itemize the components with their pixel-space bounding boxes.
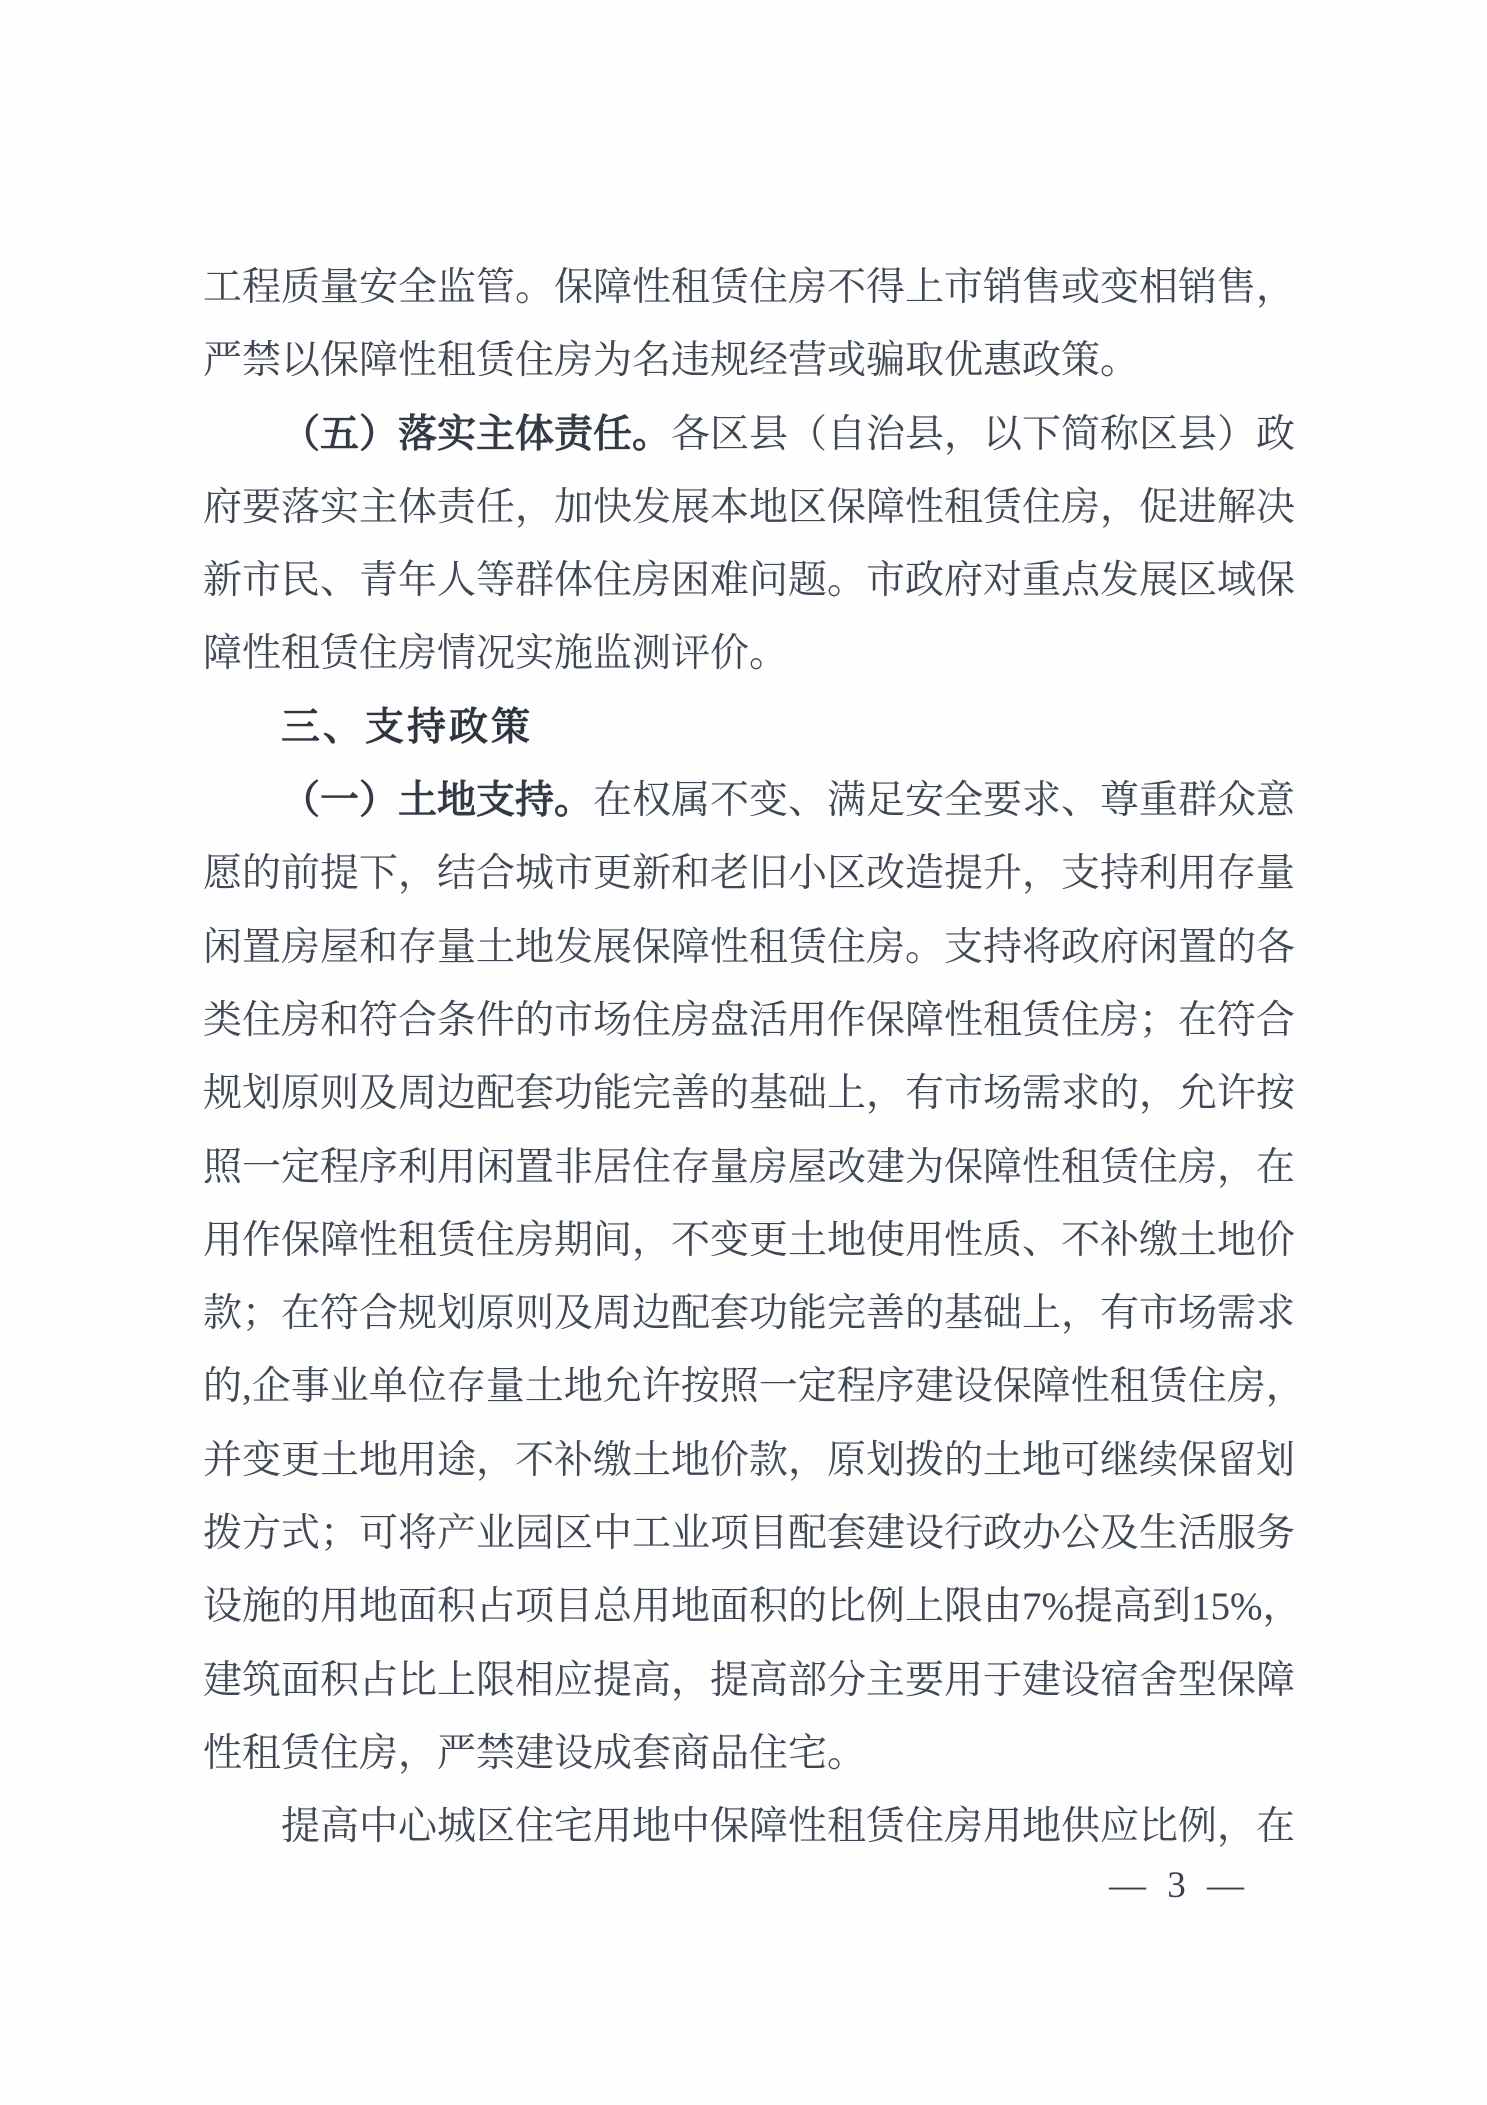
document-page: 工程质量安全监管。保障性租赁住房不得上市销售或变相销售， 严禁以保障性租赁住房为… [0, 0, 1487, 2105]
body-line: 提高中心城区住宅用地中保障性租赁住房用地供应比例，在 [203, 1790, 1303, 1863]
body-line: 严禁以保障性租赁住房为名违规经营或骗取优惠政策。 [203, 324, 1303, 397]
body-line: （五）落实主体责任。各区县（自治县，以下简称区县）政 [203, 398, 1303, 471]
body-line: 并变更土地用途，不补缴土地价款，原划拨的土地可继续保留划 [203, 1424, 1303, 1497]
body-line: 设施的用地面积占项目总用地面积的比例上限由7%提高到15%， [203, 1570, 1303, 1643]
body-line: 工程质量安全监管。保障性租赁住房不得上市销售或变相销售， [203, 251, 1303, 324]
body-line: 府要落实主体责任，加快发展本地区保障性租赁住房，促进解决 [203, 471, 1303, 544]
body-line: 闲置房屋和存量土地发展保障性租赁住房。支持将政府闲置的各 [203, 911, 1303, 984]
section-3-heading: 三、支持政策 [203, 691, 1303, 764]
body-text: 在权属不变、满足安全要求、尊重群众意 [593, 779, 1295, 822]
body-line: 的,企事业单位存量土地允许按照一定程序建设保障性租赁住房， [203, 1350, 1303, 1423]
body-line: 新市民、青年人等群体住房困难问题。市政府对重点发展区域保 [203, 544, 1303, 617]
body-text: 各区县（自治县，以下简称区县）政 [671, 413, 1295, 456]
document-body: 工程质量安全监管。保障性租赁住房不得上市销售或变相销售， 严禁以保障性租赁住房为… [203, 251, 1303, 1864]
body-line: 建筑面积占比上限相应提高，提高部分主要用于建设宿舍型保障 [203, 1644, 1303, 1717]
body-line: 款；在符合规划原则及周边配套功能完善的基础上，有市场需求 [203, 1277, 1303, 1350]
body-line: 用作保障性租赁住房期间，不变更土地使用性质、不补缴土地价 [203, 1204, 1303, 1277]
body-line: 规划原则及周边配套功能完善的基础上，有市场需求的，允许按 [203, 1057, 1303, 1130]
body-line: 愿的前提下，结合城市更新和老旧小区改造提升，支持利用存量 [203, 837, 1303, 910]
clause-1-heading: （一）土地支持。 [281, 779, 593, 822]
body-line: 性租赁住房，严禁建设成套商品住宅。 [203, 1717, 1303, 1790]
body-line: （一）土地支持。在权属不变、满足安全要求、尊重群众意 [203, 764, 1303, 837]
body-line: 障性租赁住房情况实施监测评价。 [203, 617, 1303, 690]
body-line: 照一定程序利用闲置非居住存量房屋改建为保障性租赁住房，在 [203, 1131, 1303, 1204]
clause-5-heading: （五）落实主体责任。 [281, 413, 671, 456]
page-number: — 3 — [1109, 1856, 1250, 1916]
body-line: 拨方式；可将产业园区中工业项目配套建设行政办公及生活服务 [203, 1497, 1303, 1570]
body-line: 类住房和符合条件的市场住房盘活用作保障性租赁住房；在符合 [203, 984, 1303, 1057]
